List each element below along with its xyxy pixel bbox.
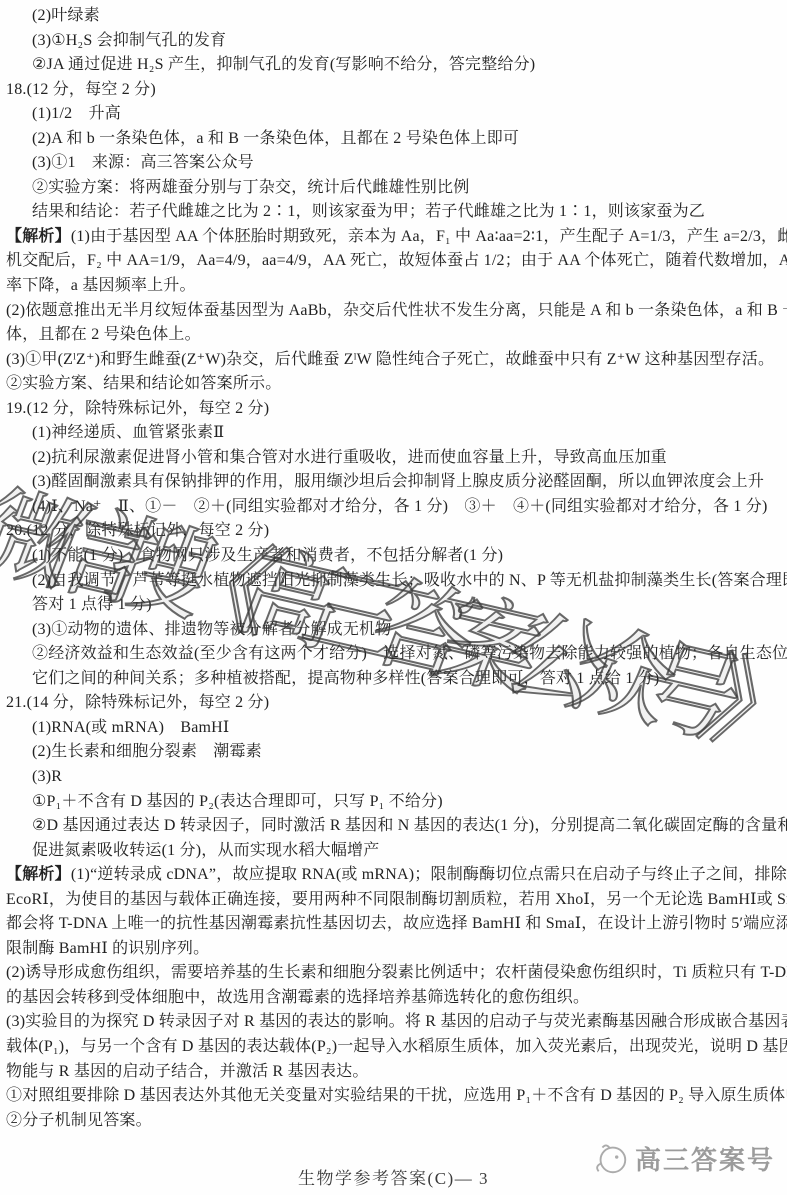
text-line: (1)RNA(或 mRNA) BamHⅠ [6,716,781,741]
text-line: 的基因会转移到受体细胞中，故选用含潮霉素的选择培养基筛选转化的愈伤组织。 [6,986,781,1011]
text-line: (2)叶绿素 [6,4,781,29]
text-line: 机交配后，F₂ 中 AA=1/9，Aa=4/9，aa=4/9，AA 死亡，故短体… [6,249,781,274]
text-line: 答对 1 点得 1 分) [6,593,781,618]
text-line: 19.(12 分，除特殊标记外，每空 2 分) [6,397,781,422]
text-line: (2)自我调节 芦苇等挺水植物遮挡阳光抑制藻类生长；吸收水中的 N、P 等无机盐… [6,569,781,594]
text-line: 物能与 R 基因的启动子结合，并激活 R 基因表达。 [6,1060,781,1085]
text-line: 20.(12 分，除特殊标记外，每空 2 分) [6,519,781,544]
text-line: 限制酶 BamHⅠ 的识别序列。 [6,937,781,962]
text-line: ②实验方案：将两雄蚕分别与丁杂交，统计后代雌雄性别比例 [6,176,781,201]
document-lines: (2)叶绿素(3)①H₂S 会抑制气孔的发育②JA 通过促进 H₂S 产生，抑制… [0,4,787,1133]
text-line: ②JA 通过促进 H₂S 产生，抑制气孔的发育(写影响不给分，答完整给分) [6,53,781,78]
text-line: 18.(12 分，每空 2 分) [6,78,781,103]
text-line: ②分子机制见答案。 [6,1109,781,1134]
text-line: 都会将 T-DNA 上唯一的抗性基因潮霉素抗性基因切去，故应选择 BamHⅠ 和… [6,912,781,937]
text-line: 率下降，a 基因频率上升。 [6,274,781,299]
text-line: ②D 基因通过表达 D 转录因子，同时激活 R 基因和 N 基因的表达(1 分)… [6,814,781,839]
text-line: (2)生长素和细胞分裂素 潮霉素 [6,740,781,765]
text-line: (3)R [6,765,781,790]
text-line: 促进氮素吸收转运(1 分)，从而实现水稻大幅增产 [6,839,781,864]
text-line: 体，且都在 2 号染色体上。 [6,323,781,348]
text-line: ②经济效益和生态效益(至少含有这两个才给分) 选择对氮、磷等污染物去除能力较强的… [6,642,781,667]
text-line: (3)①甲(ZˡZ⁺)和野生雌蚕(Z⁺W)杂交，后代雌蚕 ZˡW 隐性纯合子死亡… [6,348,781,373]
text-line: (3)实验目的为探究 D 转录因子对 R 基因的表达的影响。将 R 基因的启动子… [6,1010,781,1035]
text-line: 载体(P₁)，与另一个含有 D 基因的表达载体(P₂)一起导入水稻原生质体，加入… [6,1035,781,1060]
text-line: (2)A 和 b 一条染色体，a 和 B 一条染色体，且都在 2 号染色体上即可 [6,127,781,152]
text-line: (3)①H₂S 会抑制气孔的发育 [6,29,781,54]
text-line: ①对照组要排除 D 基因表达外其他无关变量对实验结果的干扰，应选用 P₁＋不含有… [6,1084,781,1109]
text-line: (2)抗利尿激素促进肾小管和集合管对水进行重吸收，进而使血容量上升，导致高血压加… [6,446,781,471]
text-line: ①P₁＋不含有 D 基因的 P₂(表达合理即可，只写 P₁ 不给分) [6,790,781,815]
answer-sheet-page: (2)叶绿素(3)①H₂S 会抑制气孔的发育②JA 通过促进 H₂S 产生，抑制… [0,0,787,1195]
text-line: (2)诱导形成愈伤组织，需要培养基的生长素和细胞分裂素比例适中；农杆菌侵染愈伤组… [6,961,781,986]
text-line: 【解析】(1)“逆转录成 cDNA”，故应提取 RNA(或 mRNA)；限制酶酶… [6,863,781,888]
text-line: (3)①动物的遗体、排遗物等被分解者分解成无机物 [6,618,781,643]
text-line: (1)1/2 升高 [6,102,781,127]
text-line: (3)①1 来源：高三答案公众号 [6,151,781,176]
text-line: (2)依题意推出无半月纹短体蚕基因型为 AaBb，杂交后代性状不发生分离，只能是… [6,299,781,324]
text-line: (1)神经递质、血管紧张素Ⅱ [6,421,781,446]
text-line: (1)不能(1 分) 食物网只涉及生产者和消费者，不包括分解者(1 分) [6,544,781,569]
text-line: 21.(14 分，除特殊标记外，每空 2 分) [6,691,781,716]
text-line: EcoRⅠ，为使目的基因与载体正确连接，要用两种不同限制酶切割质粒，若用 Xho… [6,888,781,913]
text-line: 【解析】(1)由于基因型 AA 个体胚胎时期致死，亲本为 Aa，F₁ 中 Aa∶… [6,225,781,250]
text-line: (4)Ⅰ、Na⁺ Ⅱ、①－ ②＋(同组实验都对才给分，各 1 分) ③＋ ④＋(… [6,495,781,520]
text-line: ②实验方案、结果和结论如答案所示。 [6,372,781,397]
text-line: 它们之间的种间关系；多种植被搭配，提高物种多样性(答案合理即可，答对 1 点给 … [6,667,781,692]
text-line: (3)醛固酮激素具有保钠排钾的作用，服用缬沙坦后会抑制肾上腺皮质分泌醛固酮，所以… [6,470,781,495]
text-line: 结果和结论：若子代雌雄之比为 2∶1，则该家蚕为甲；若子代雌雄之比为 1∶1，则… [6,200,781,225]
footer-page-label: 生物学参考答案(C)— 3 [0,1164,787,1189]
